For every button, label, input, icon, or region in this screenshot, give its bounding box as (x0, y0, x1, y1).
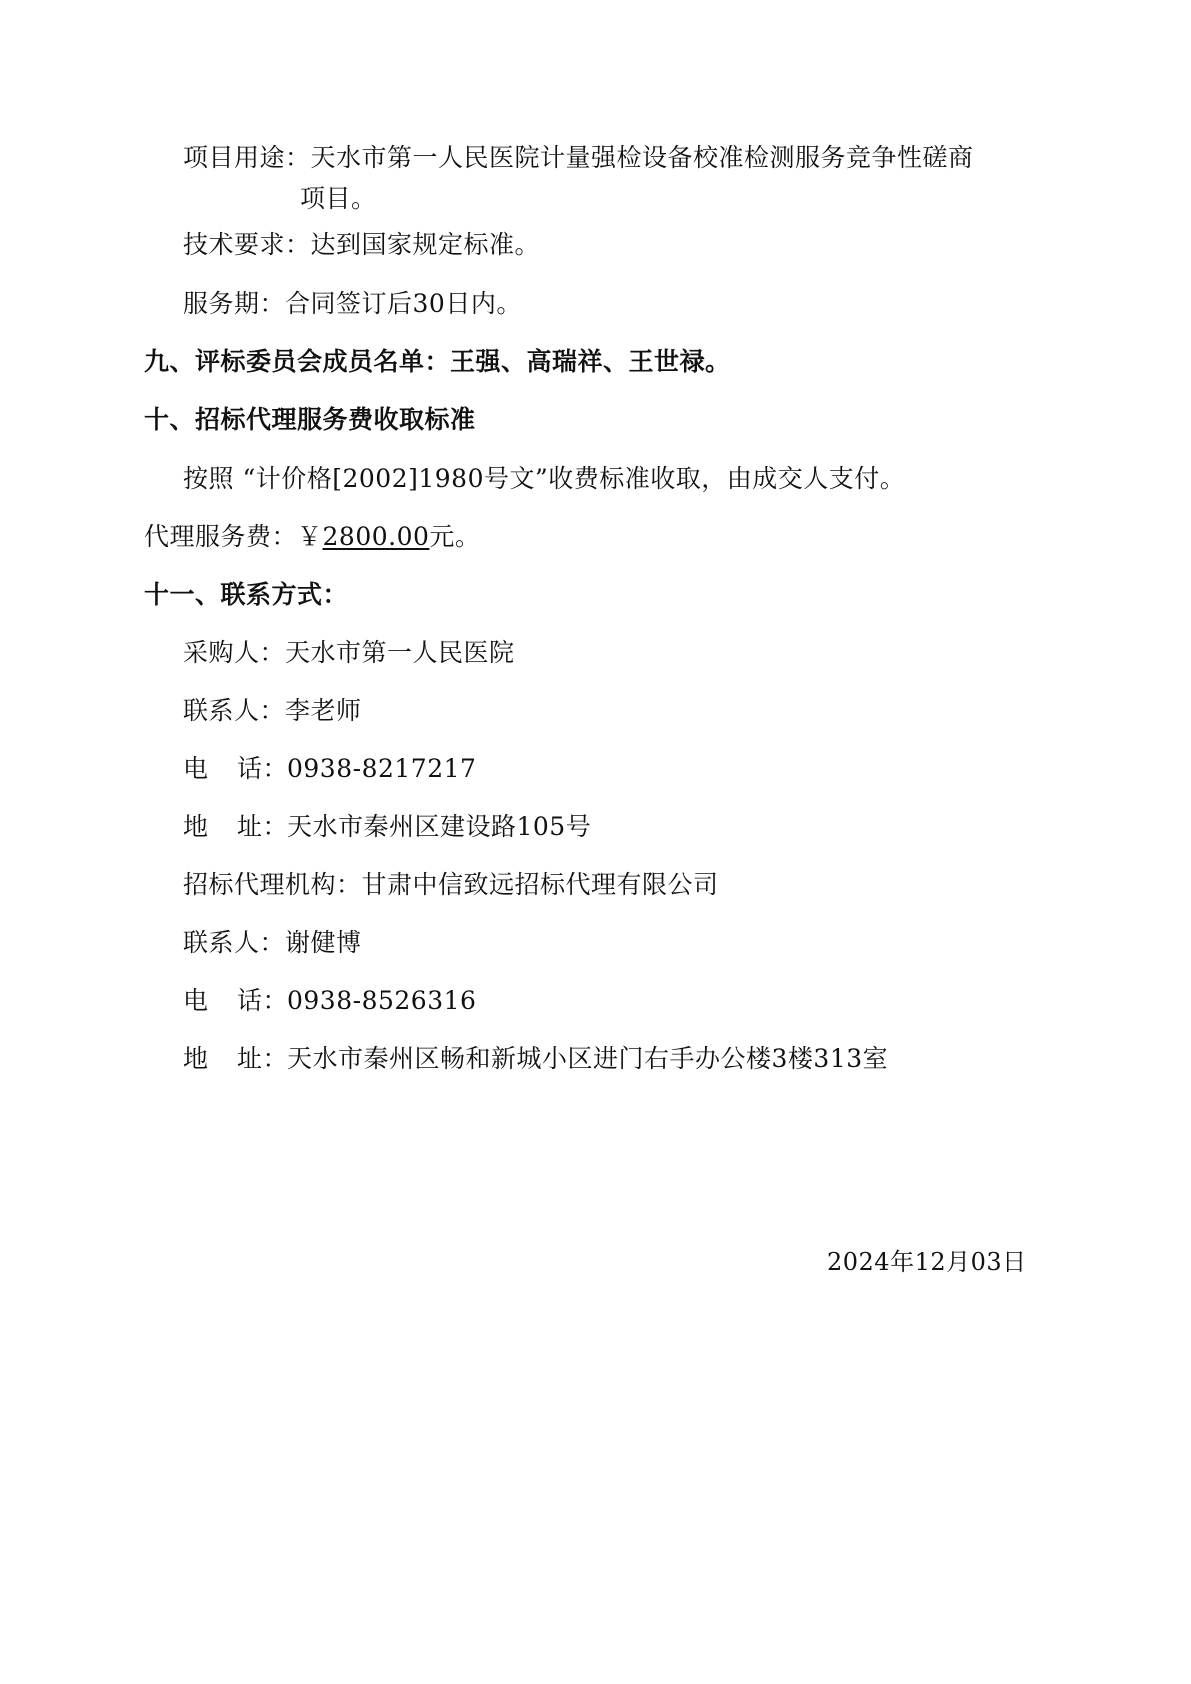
purchaser-contact-value: 李老师 (285, 696, 362, 725)
agency-fee-label: 代理服务费：￥ (144, 522, 323, 551)
project-purpose-label: 项目用途： (183, 143, 311, 172)
technical-requirement-label: 技术要求： (183, 230, 311, 259)
purchaser-address-line: 地址：天水市秦州区建设路105号 (183, 811, 591, 843)
purchaser-contact-label: 联系人： (183, 696, 285, 725)
technical-requirement-text: 达到国家规定标准。 (311, 230, 541, 259)
agency-contact-label: 联系人： (183, 928, 285, 957)
purchaser-address-label: 地址： (183, 811, 287, 843)
document-date: 2024年12月03日 (827, 1246, 1027, 1278)
agency-phone-label: 电话： (183, 985, 287, 1017)
section-10-heading: 十、招标代理服务费收取标准 (144, 404, 476, 436)
service-period-text: 合同签订后30日内。 (285, 289, 522, 318)
service-period: 服务期：合同签订后30日内。 (183, 288, 522, 320)
agency-phone-value: 0938-8526316 (287, 986, 476, 1015)
agency-label: 招标代理机构： (183, 870, 362, 899)
agency-fee-suffix: 元。 (429, 522, 480, 551)
agency-line: 招标代理机构：甘肃中信致远招标代理有限公司 (183, 869, 719, 901)
project-purpose-line2: 项目。 (300, 183, 377, 215)
purchaser-label: 采购人： (183, 638, 285, 667)
technical-requirement: 技术要求：达到国家规定标准。 (183, 229, 540, 261)
agency-address-line: 地址：天水市秦州区畅和新城小区进门右手办公楼3楼313室 (183, 1043, 888, 1075)
agency-address-label: 地址： (183, 1043, 287, 1075)
agency-contact-line: 联系人：谢健博 (183, 927, 362, 959)
section-9-heading: 九、评标委员会成员名单：王强、高瑞祥、王世禄。 (144, 346, 731, 378)
agency-address-value: 天水市秦州区畅和新城小区进门右手办公楼3楼313室 (287, 1044, 888, 1073)
purchaser-phone-line: 电话：0938-8217217 (183, 753, 476, 785)
purchaser-value: 天水市第一人民医院 (285, 638, 515, 667)
purchaser-phone-label: 电话： (183, 753, 287, 785)
purchaser-address-value: 天水市秦州区建设路105号 (287, 812, 591, 841)
section-11-heading: 十一、联系方式： (144, 579, 348, 611)
project-purpose-line1: 项目用途：天水市第一人民医院计量强检设备校准检测服务竞争性磋商 (183, 142, 974, 174)
agency-value: 甘肃中信致远招标代理有限公司 (362, 870, 719, 899)
agency-fee: 代理服务费：￥2800.00元。 (144, 521, 480, 553)
purchaser-contact-line: 联系人：李老师 (183, 695, 362, 727)
fee-basis-text: 按照 “计价格[2002]1980号文”收费标准收取，由成交人支付。 (183, 463, 905, 495)
purchaser-phone-value: 0938-8217217 (287, 754, 476, 783)
agency-contact-value: 谢健博 (285, 928, 362, 957)
project-purpose-text: 天水市第一人民医院计量强检设备校准检测服务竞争性磋商 (311, 143, 974, 172)
service-period-label: 服务期： (183, 289, 285, 318)
agency-fee-amount: 2800.00 (323, 522, 430, 551)
purchaser-line: 采购人：天水市第一人民医院 (183, 637, 515, 669)
agency-phone-line: 电话：0938-8526316 (183, 985, 476, 1017)
